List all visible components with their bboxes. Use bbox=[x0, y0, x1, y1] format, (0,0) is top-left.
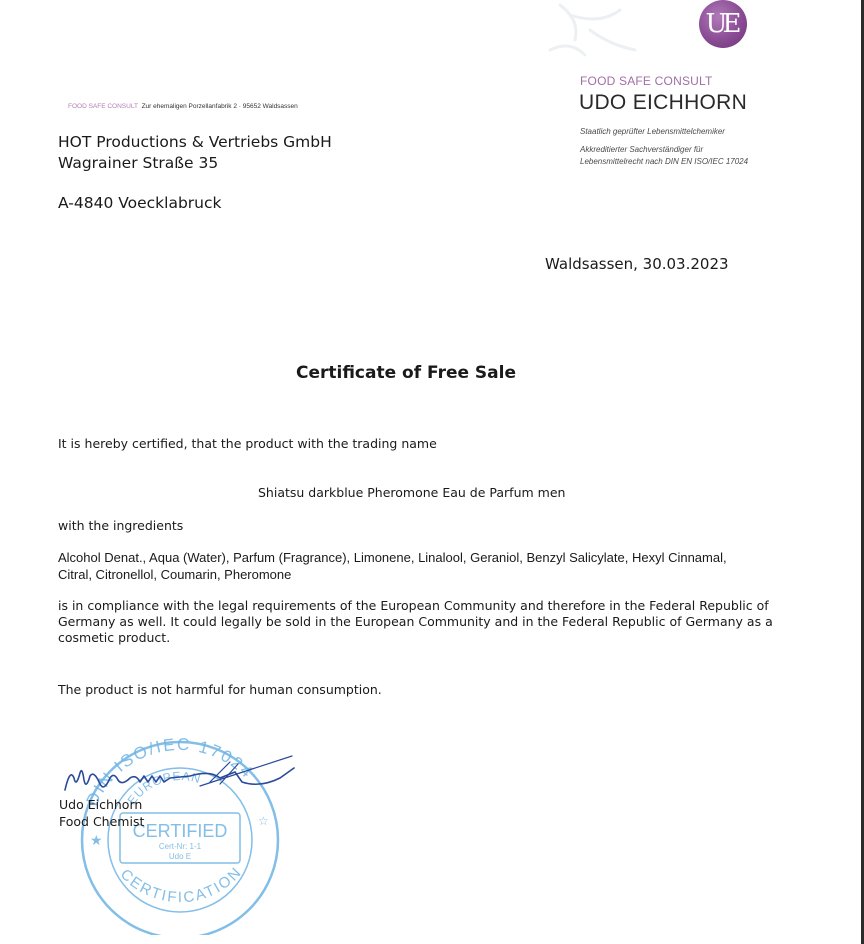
logo-monogram: UE bbox=[706, 9, 737, 39]
sender-company: FOOD SAFE CONSULT bbox=[68, 103, 138, 110]
recipient-line-2: Wagrainer Straße 35 bbox=[58, 154, 218, 172]
stamp-center-text: CERTIFIED bbox=[133, 821, 228, 841]
stamp-cert-number: Cert-Nr: 1-1 bbox=[159, 842, 202, 851]
letterhead-company: FOOD SAFE CONSULT bbox=[580, 74, 713, 88]
compliance-text: is in compliance with the legal requirem… bbox=[58, 598, 778, 646]
harm-statement: The product is not harmful for human con… bbox=[58, 682, 382, 698]
letterhead-subtitle-3: Lebensmittelrecht nach DIN EN ISO/IEC 17… bbox=[580, 157, 748, 166]
letterhead-subtitle-2: Akkreditierter Sachverständiger für bbox=[580, 145, 703, 154]
stamp-star-right: ☆ bbox=[258, 814, 269, 828]
sender-address: Zur ehemaligen Porzellanfabrik 2 · 95652… bbox=[142, 103, 298, 110]
company-logo: UE bbox=[699, 0, 747, 48]
intro-text: It is hereby certified, that the product… bbox=[58, 436, 437, 452]
ingredients-list: Alcohol Denat., Aqua (Water), Parfum (Fr… bbox=[58, 550, 758, 583]
stamp-holder: Udo E bbox=[169, 852, 191, 861]
letterhead-subtitle-1: Staatlich geprüfter Lebensmittelchemiker bbox=[580, 127, 725, 136]
date-line: Waldsassen, 30.03.2023 bbox=[545, 255, 729, 273]
svg-text:CERTIFICATION: CERTIFICATION bbox=[117, 863, 246, 906]
signatory-role: Food Chemist bbox=[59, 814, 144, 829]
product-name: Shiatsu darkblue Pheromone Eau de Parfum… bbox=[258, 485, 565, 500]
signatory-name: Udo Eichhorn bbox=[59, 797, 142, 812]
letterhead-name: UDO EICHHORN bbox=[579, 91, 747, 115]
stamp-star-left: ★ bbox=[90, 832, 103, 848]
document-title: Certificate of Free Sale bbox=[0, 363, 812, 383]
sender-return-address: FOOD SAFE CONSULT Zur ehemaligen Porzell… bbox=[68, 103, 298, 110]
ingredients-label: with the ingredients bbox=[58, 518, 183, 534]
recipient-line-3: A-4840 Voecklabruck bbox=[58, 194, 221, 212]
stamp-bottom-text: CERTIFICATION bbox=[117, 863, 246, 906]
watermark-decoration bbox=[540, 0, 690, 60]
recipient-line-1: HOT Productions & Vertriebs GmbH bbox=[58, 133, 332, 151]
